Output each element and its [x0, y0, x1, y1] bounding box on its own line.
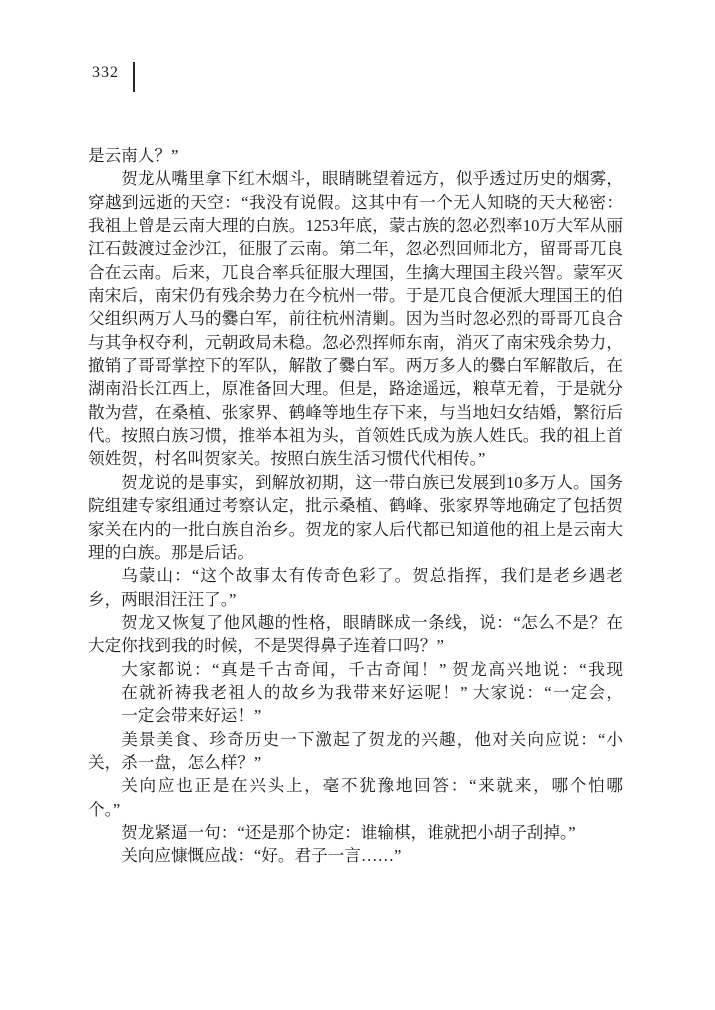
text-line: 个。” [88, 798, 623, 821]
text-line: 父组织两万人马的爨白军，前往杭州清剿。因为当时忽必烈的哥哥兀良合 [88, 307, 623, 330]
text-line: 代。按照白族习惯，推举本祖为头，首领姓氏成为族人姓氏。我的祖上首 [88, 424, 623, 447]
text-line: 理的白族。那是后话。 [88, 541, 623, 564]
text-line: 领姓贺，村名叫贺家关。按照白族生活习惯代代相传。” [88, 447, 623, 470]
book-page: 332 是云南人？”贺龙从嘴里拿下红木烟斗，眼睛眺望着远方，似乎透过历史的烟雾，… [0, 0, 715, 1010]
text-line: 撤销了哥哥掌控下的军队，解散了爨白军。两万多人的爨白军解散后，在 [88, 354, 623, 377]
text-line: 乡，两眼泪汪汪了。” [88, 588, 623, 611]
text-line: 美景美食、珍奇历史一下激起了贺龙的兴趣，他对关向应说：“小 [88, 728, 623, 751]
text-line: 江石鼓渡过金沙江，征服了云南。第二年，忽必烈回师北方，留哥哥兀良 [88, 237, 623, 260]
text-line: 贺龙又恢复了他风趣的性格，眼睛眯成一条线，说：“怎么不是？在 [88, 611, 623, 634]
text-line: 我祖上曾是云南大理的白族。1253年底，蒙古族的忽必烈率10万大军从丽 [88, 214, 623, 237]
text-line: 贺龙从嘴里拿下红木烟斗，眼睛眺望着远方，似乎透过历史的烟雾， [88, 167, 623, 190]
text-line: 大家都说：“真是千古奇闻，千古奇闻！” 贺龙高兴地说：“我现 [88, 658, 623, 681]
text-line: 关向应也正是在兴头上，毫不犹豫地回答：“来就来，哪个怕哪 [88, 774, 623, 797]
text-line: 贺龙说的是事实，到解放初期，这一带白族已发展到10多万人。国务 [88, 471, 623, 494]
body-text: 是云南人？”贺龙从嘴里拿下红木烟斗，眼睛眺望着远方，似乎透过历史的烟雾，穿越到远… [88, 144, 623, 868]
text-line: 散为营，在桑植、张家界、鹤峰等地生存下来，与当地妇女结婚，繁衍后 [88, 401, 623, 424]
text-line: 关向应慷慨应战：“好。君子一言……” [88, 844, 623, 867]
text-line: 湖南沿长江西上，原准备回大理。但是，路途遥远，粮草无着，于是就分 [88, 377, 623, 400]
text-line: 穿越到远逝的天空：“我没有说假。这其中有一个无人知晓的天大秘密： [88, 191, 623, 214]
text-line: 关，杀一盘，怎么样？” [88, 751, 623, 774]
text-line: 与其争权夺利，元朝政局未稳。忽必烈挥师东南，消灭了南宋残余势力， [88, 331, 623, 354]
page-number-divider [133, 62, 135, 92]
text-line: 合在云南。后来，兀良合率兵征服大理国，生擒大理国主段兴智。蒙军灭 [88, 261, 623, 284]
page-number: 332 [92, 64, 119, 82]
text-line: 乌蒙山：“这个故事太有传奇色彩了。贺总指挥，我们是老乡遇老 [88, 564, 623, 587]
text-line: 贺龙紧逼一句：“还是那个协定：谁输棋，谁就把小胡子刮掉。” [88, 821, 623, 844]
text-line: 大定你找到我的时候，不是哭得鼻子连着口吗？” [88, 634, 623, 657]
text-line: 在就祈祷我老祖人的故乡为我带来好运呢！” 大家说：“一定会， [88, 681, 623, 704]
text-line: 一定会带来好运！” [88, 704, 623, 727]
text-line: 南宋后，南宋仍有残余势力在今杭州一带。于是兀良合便派大理国王的伯 [88, 284, 623, 307]
text-line: 是云南人？” [88, 144, 623, 167]
text-line: 院组建专家组通过考察认定，批示桑植、鹤峰、张家界等地确定了包括贺 [88, 494, 623, 517]
text-line: 家关在内的一批白族自治乡。贺龙的家人后代都已知道他的祖上是云南大 [88, 518, 623, 541]
